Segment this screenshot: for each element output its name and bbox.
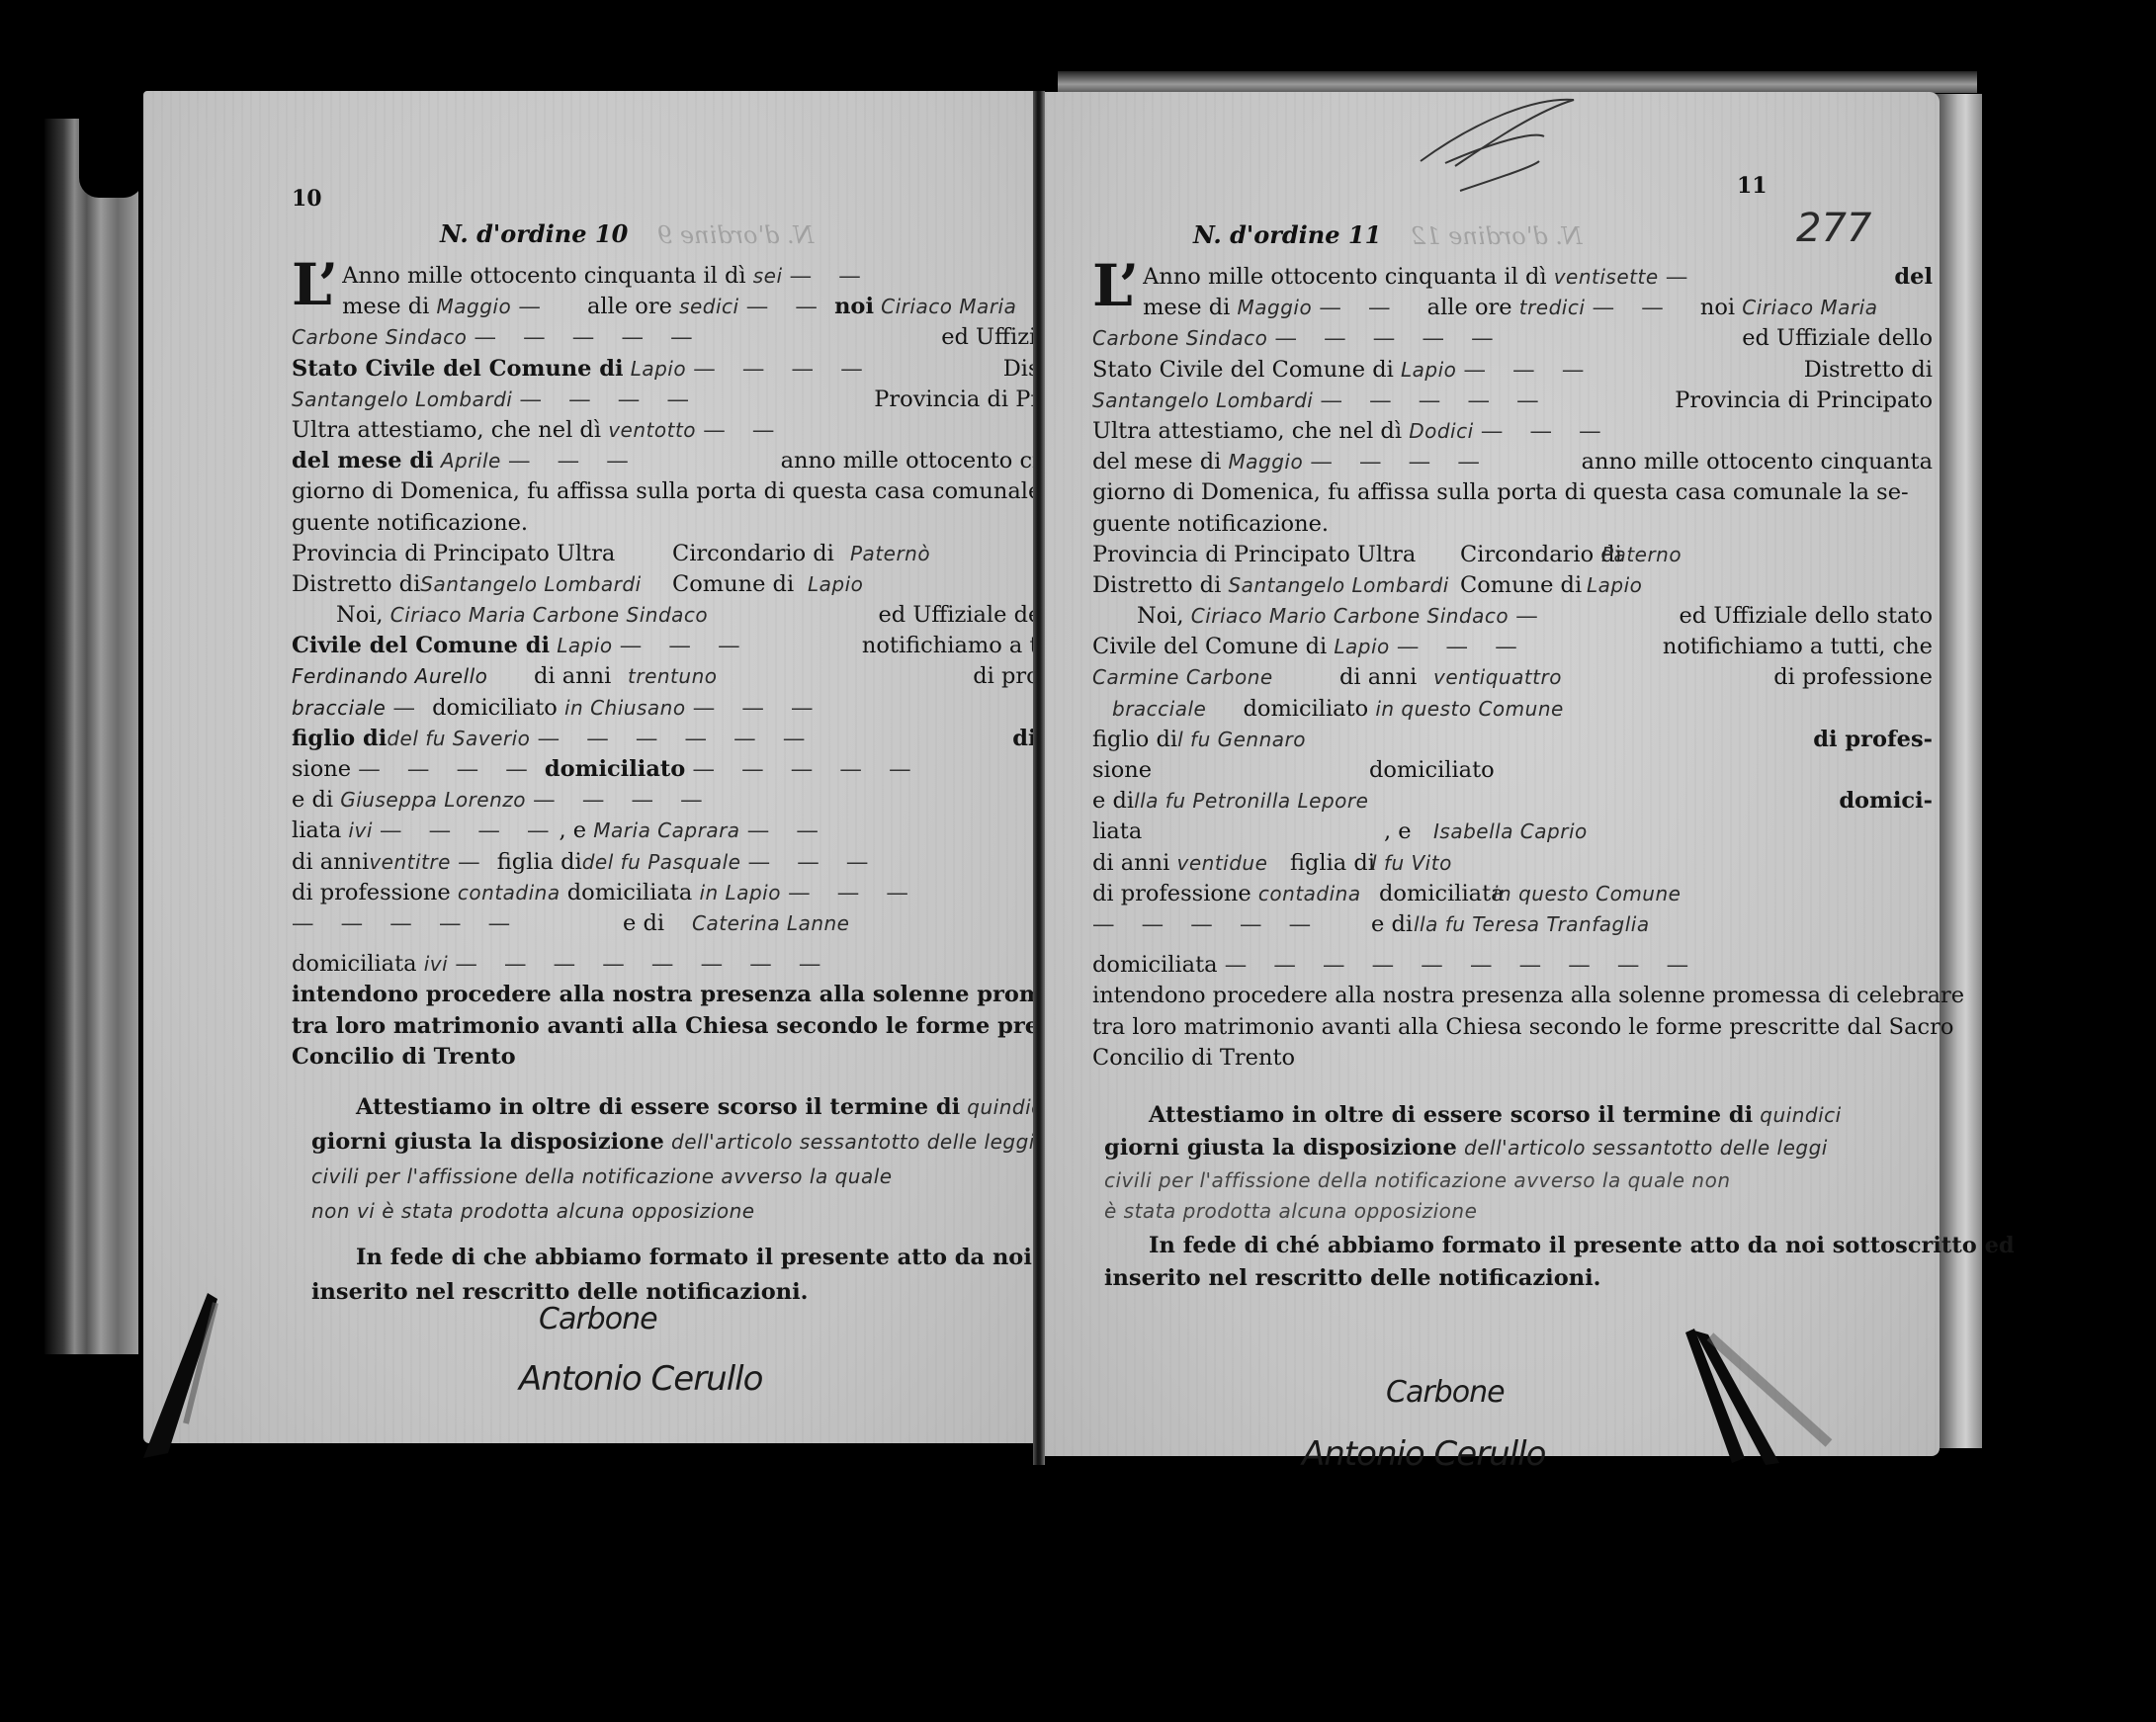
handwritten-comune: Lapio (631, 357, 686, 381)
form-line: Santangelo Lombardi — — — — Provincia di… (292, 385, 1132, 415)
form-line: figlio dil fu Gennaro di profes- (1092, 725, 1933, 755)
form-line: Concilio di Trento (1092, 1043, 1933, 1074)
form-line: mese di Maggio — alle ore sedici — — noi… (292, 292, 1132, 322)
form-line: di anniventitre — figlia didel fu Pasqua… (292, 847, 1132, 878)
form-line: Civile del Comune di Lapio — — — notific… (292, 631, 1132, 661)
handwritten-groom-age: ventiquattro (1433, 662, 1562, 693)
form-line: Noi, Ciriaco Maria Carbone Sindaco ed Uf… (292, 600, 1132, 631)
form-line: Carmine Carbone di anni ventiquattro di … (1092, 662, 1933, 693)
handwritten-officer: Ciriaco Mario Carbone Sindaco (1191, 604, 1509, 628)
form-line: di professione contadina domiciliata in … (292, 878, 1132, 908)
form-line: sione — — — — domiciliato — — — — — (292, 754, 1132, 785)
form-line: — — — — — e dilla fu Teresa Tranfaglia (1092, 909, 1933, 940)
record-form: L’ Anno mille ottocento cinquanta il dì … (1092, 262, 1933, 1074)
bleed-through-heading: N. d'ordine 9 (657, 221, 814, 249)
page-holder-stylus-right-icon (1681, 1325, 1878, 1473)
form-line: mese di Maggio — — alle ore tredici — — … (1092, 293, 1933, 323)
form-line: bracciale — domiciliato in Chiusano — — … (292, 693, 1132, 724)
handwritten-bride-age: ventidue (1177, 851, 1268, 875)
handwritten-comune: Lapio (1401, 358, 1456, 382)
attestation-block: Attestiamo in oltre di essere scorso il … (1104, 1100, 1935, 1294)
bleed-through-heading: N. d'ordine 12 (1411, 222, 1582, 250)
right-page: 11 277 N. d'ordine 11 N. d'ordine 12 L’ … (1045, 92, 1940, 1456)
form-line: Carbone Sindaco — — — — — ed Uffiziale d… (292, 322, 1132, 353)
form-line: domiciliata ivi — — — — — — — — (292, 949, 1132, 980)
handwritten-groom-age: trentuno (628, 661, 717, 692)
handwritten-bride-age: ventitre (369, 850, 451, 874)
form-line: intendono procedere alla nostra presenza… (1092, 981, 1933, 1011)
form-line: del mese di Aprile — — — anno mille otto… (292, 446, 1132, 476)
form-line: liata ivi — — — —, e Maria Caprara — — (292, 816, 1132, 846)
in-faith-clause: In fede di ché abbiamo formato il presen… (1104, 1231, 1935, 1261)
form-line: Distretto diSantangelo Lombardi Comune d… (292, 569, 1132, 600)
form-line: domiciliata — — — — — — — — — — (1092, 950, 1933, 981)
handwritten-hour: tredici (1519, 296, 1586, 319)
form-line: Ultra attestiamo, che nel dì Dodici — — … (1092, 416, 1933, 447)
signature-2: Antonio Cerullo (519, 1359, 762, 1399)
signature-1: Carbone (1386, 1375, 1505, 1410)
form-line: guente notificazione. (1092, 509, 1933, 540)
form-line: e di Giuseppa Lorenzo — — — — domici- (292, 785, 1132, 816)
handwritten-month: Maggio (437, 295, 512, 318)
page-number: 11 (1737, 173, 1768, 199)
form-line: guente notificazione. (292, 508, 1132, 539)
form-line: Provincia di Principato Ultra Circondari… (1092, 540, 1933, 570)
form-line: di professione contadina domiciliata in … (1092, 879, 1933, 909)
handwritten-official: Ciriaco Maria (1742, 296, 1877, 319)
form-line: Santangelo Lombardi — — — — — Provincia … (1092, 386, 1933, 416)
form-line: Stato Civile del Comune di Lapio — — — —… (292, 354, 1132, 385)
book-corner-shadow (79, 79, 143, 198)
form-line: intendono procedere alla nostra presenza… (292, 980, 1132, 1010)
form-line: Ferdinando Aurello di anni trentuno di p… (292, 661, 1132, 692)
form-line: Concilio di Trento (292, 1042, 1132, 1073)
left-page: 10 N. d'ordine 10 N. d'ordine 9 L’ Anno … (143, 91, 1033, 1443)
form-line: Ultra attestiamo, che nel dì ventotto — … (292, 415, 1132, 446)
handwritten-bride-name: Maria Caprara (593, 818, 739, 842)
handwritten-officer: Ciriaco Maria Carbone Sindaco (390, 603, 708, 627)
page-number: 10 (292, 186, 322, 212)
record-form: L’ Anno mille ottocento cinquanta il dì … (292, 261, 1132, 1073)
form-line: bracciale domiciliato in questo Comune (1092, 694, 1933, 725)
signature-2: Antonio Cerullo (1302, 1434, 1545, 1474)
form-line: del mese di Maggio — — — — anno mille ot… (1092, 447, 1933, 477)
archive-folio-number: 277 (1796, 206, 1871, 251)
book-edge-left (44, 119, 138, 1354)
form-line: Civile del Comune di Lapio — — — notific… (1092, 632, 1933, 662)
in-faith-clause: In fede di che abbiamo formato il presen… (311, 1243, 1122, 1273)
handwritten-hour: sedici (679, 295, 739, 318)
handwritten-groom-name: Ferdinando Aurello (292, 664, 487, 688)
paraph-flourish-icon (1416, 92, 1584, 201)
page-holder-stylus-left-icon (138, 1285, 237, 1463)
book-gutter (1033, 91, 1045, 1465)
form-line: tra loro matrimonio avanti alla Chiesa s… (292, 1011, 1132, 1042)
handwritten-day: sei (753, 264, 783, 288)
signature-1: Carbone (539, 1302, 657, 1336)
handwritten-month: Maggio (1238, 296, 1313, 319)
form-line: L’ Anno mille ottocento cinquanta il dì … (292, 261, 1132, 292)
handwritten-bride-name: Isabella Caprio (1433, 817, 1588, 847)
form-line: L’ Anno mille ottocento cinquanta il dì … (1092, 262, 1933, 293)
form-line: Carbone Sindaco — — — — — ed Uffiziale d… (1092, 323, 1933, 354)
form-line: — — — — — e di Caterina Lanne (292, 908, 1132, 939)
attestation-block: Attestiamo in oltre di essere scorso il … (311, 1092, 1122, 1308)
form-line: giorno di Domenica, fu affissa sulla por… (292, 476, 1132, 507)
form-line: e dilla fu Petronilla Lepore domici- (1092, 786, 1933, 817)
handwritten-day: ventisette (1554, 265, 1659, 289)
form-line: liata , e Isabella Caprio (1092, 817, 1933, 847)
form-line: tra loro matrimonio avanti alla Chiesa s… (1092, 1012, 1933, 1043)
form-line: Distretto di Santangelo Lombardi Comune … (1092, 570, 1933, 601)
form-line: giorno di Domenica, fu affissa sulla por… (1092, 477, 1933, 508)
form-line: di anni ventidue figlia di l fu Vito (1092, 848, 1933, 879)
form-line: sione domiciliato (1092, 755, 1933, 786)
form-line: Provincia di Principato Ultra Circondari… (292, 539, 1132, 569)
order-number-heading: N. d'ordine 10 (440, 219, 628, 248)
book-edge-top (1058, 71, 1977, 93)
form-line: Noi, Ciriaco Mario Carbone Sindaco — ed … (1092, 601, 1933, 632)
handwritten-official: Ciriaco Maria (881, 295, 1016, 318)
form-line: figlio didel fu Saverio — — — — — — di p… (292, 724, 1132, 754)
order-number-heading: N. d'ordine 11 (1193, 220, 1381, 249)
form-line: Stato Civile del Comune di Lapio — — — D… (1092, 355, 1933, 386)
handwritten-groom-name: Carmine Carbone (1092, 665, 1273, 689)
